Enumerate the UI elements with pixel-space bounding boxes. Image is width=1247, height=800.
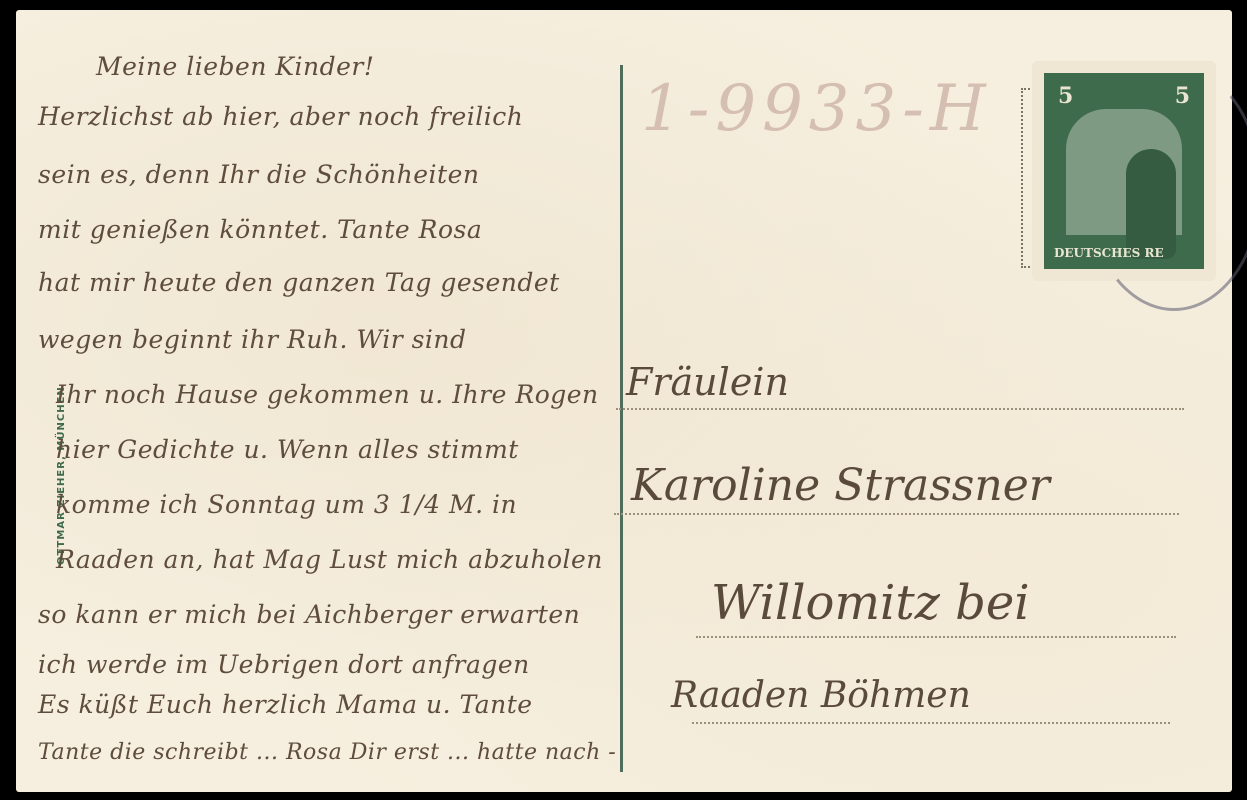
message-line: Ihr noch Hause gekommen u. Ihre Rogen [56,380,599,409]
address-salutation: Fräulein [626,360,789,404]
message-line: mit genießen könntet. Tante Rosa [38,215,482,244]
message-line: Es küßt Euch herzlich Mama u. Tante [38,690,533,719]
message-line: hier Gedichte u. Wenn alles stimmt [56,435,519,464]
address-region: Raaden Böhmen [671,675,971,716]
address-town: Willomitz bei [711,575,1030,631]
message-line: Meine lieben Kinder! [96,52,374,81]
message-line: so kann er mich bei Aichberger erwarten [38,600,580,629]
publisher-imprint: OTTMAR ZIEHER, MÜNCHEN [56,386,67,565]
message-line: Tante die schreibt ... Rosa Dir erst ...… [38,740,616,765]
stamp-value-left: 5 [1058,83,1073,109]
message-line: ich werde im Uebrigen dort anfragen [38,650,530,679]
message-line: wegen beginnt ihr Ruh. Wir sind [38,325,467,354]
address-line-dotted [616,408,1184,410]
message-line: hat mir heute den ganzen Tag gesendet [38,268,560,297]
message-line: Raaden an, hat Mag Lust mich abzuholen [56,545,603,574]
center-divider-line [620,65,623,772]
address-line-dotted [696,636,1176,638]
address-name: Karoline Strassner [631,460,1050,511]
address-line-dotted [692,722,1170,724]
pencil-inventory-note: 1-9933-H [641,72,992,146]
address-line-dotted [614,513,1179,515]
message-line: Herzlichst ab hier, aber noch freilich [38,102,523,131]
postcard: OTTMAR ZIEHER, MÜNCHEN Meine lieben Kind… [16,10,1232,792]
message-line: komme ich Sonntag um 3 1/4 M. in [56,490,517,519]
message-line: sein es, denn Ihr die Schönheiten [38,160,479,189]
